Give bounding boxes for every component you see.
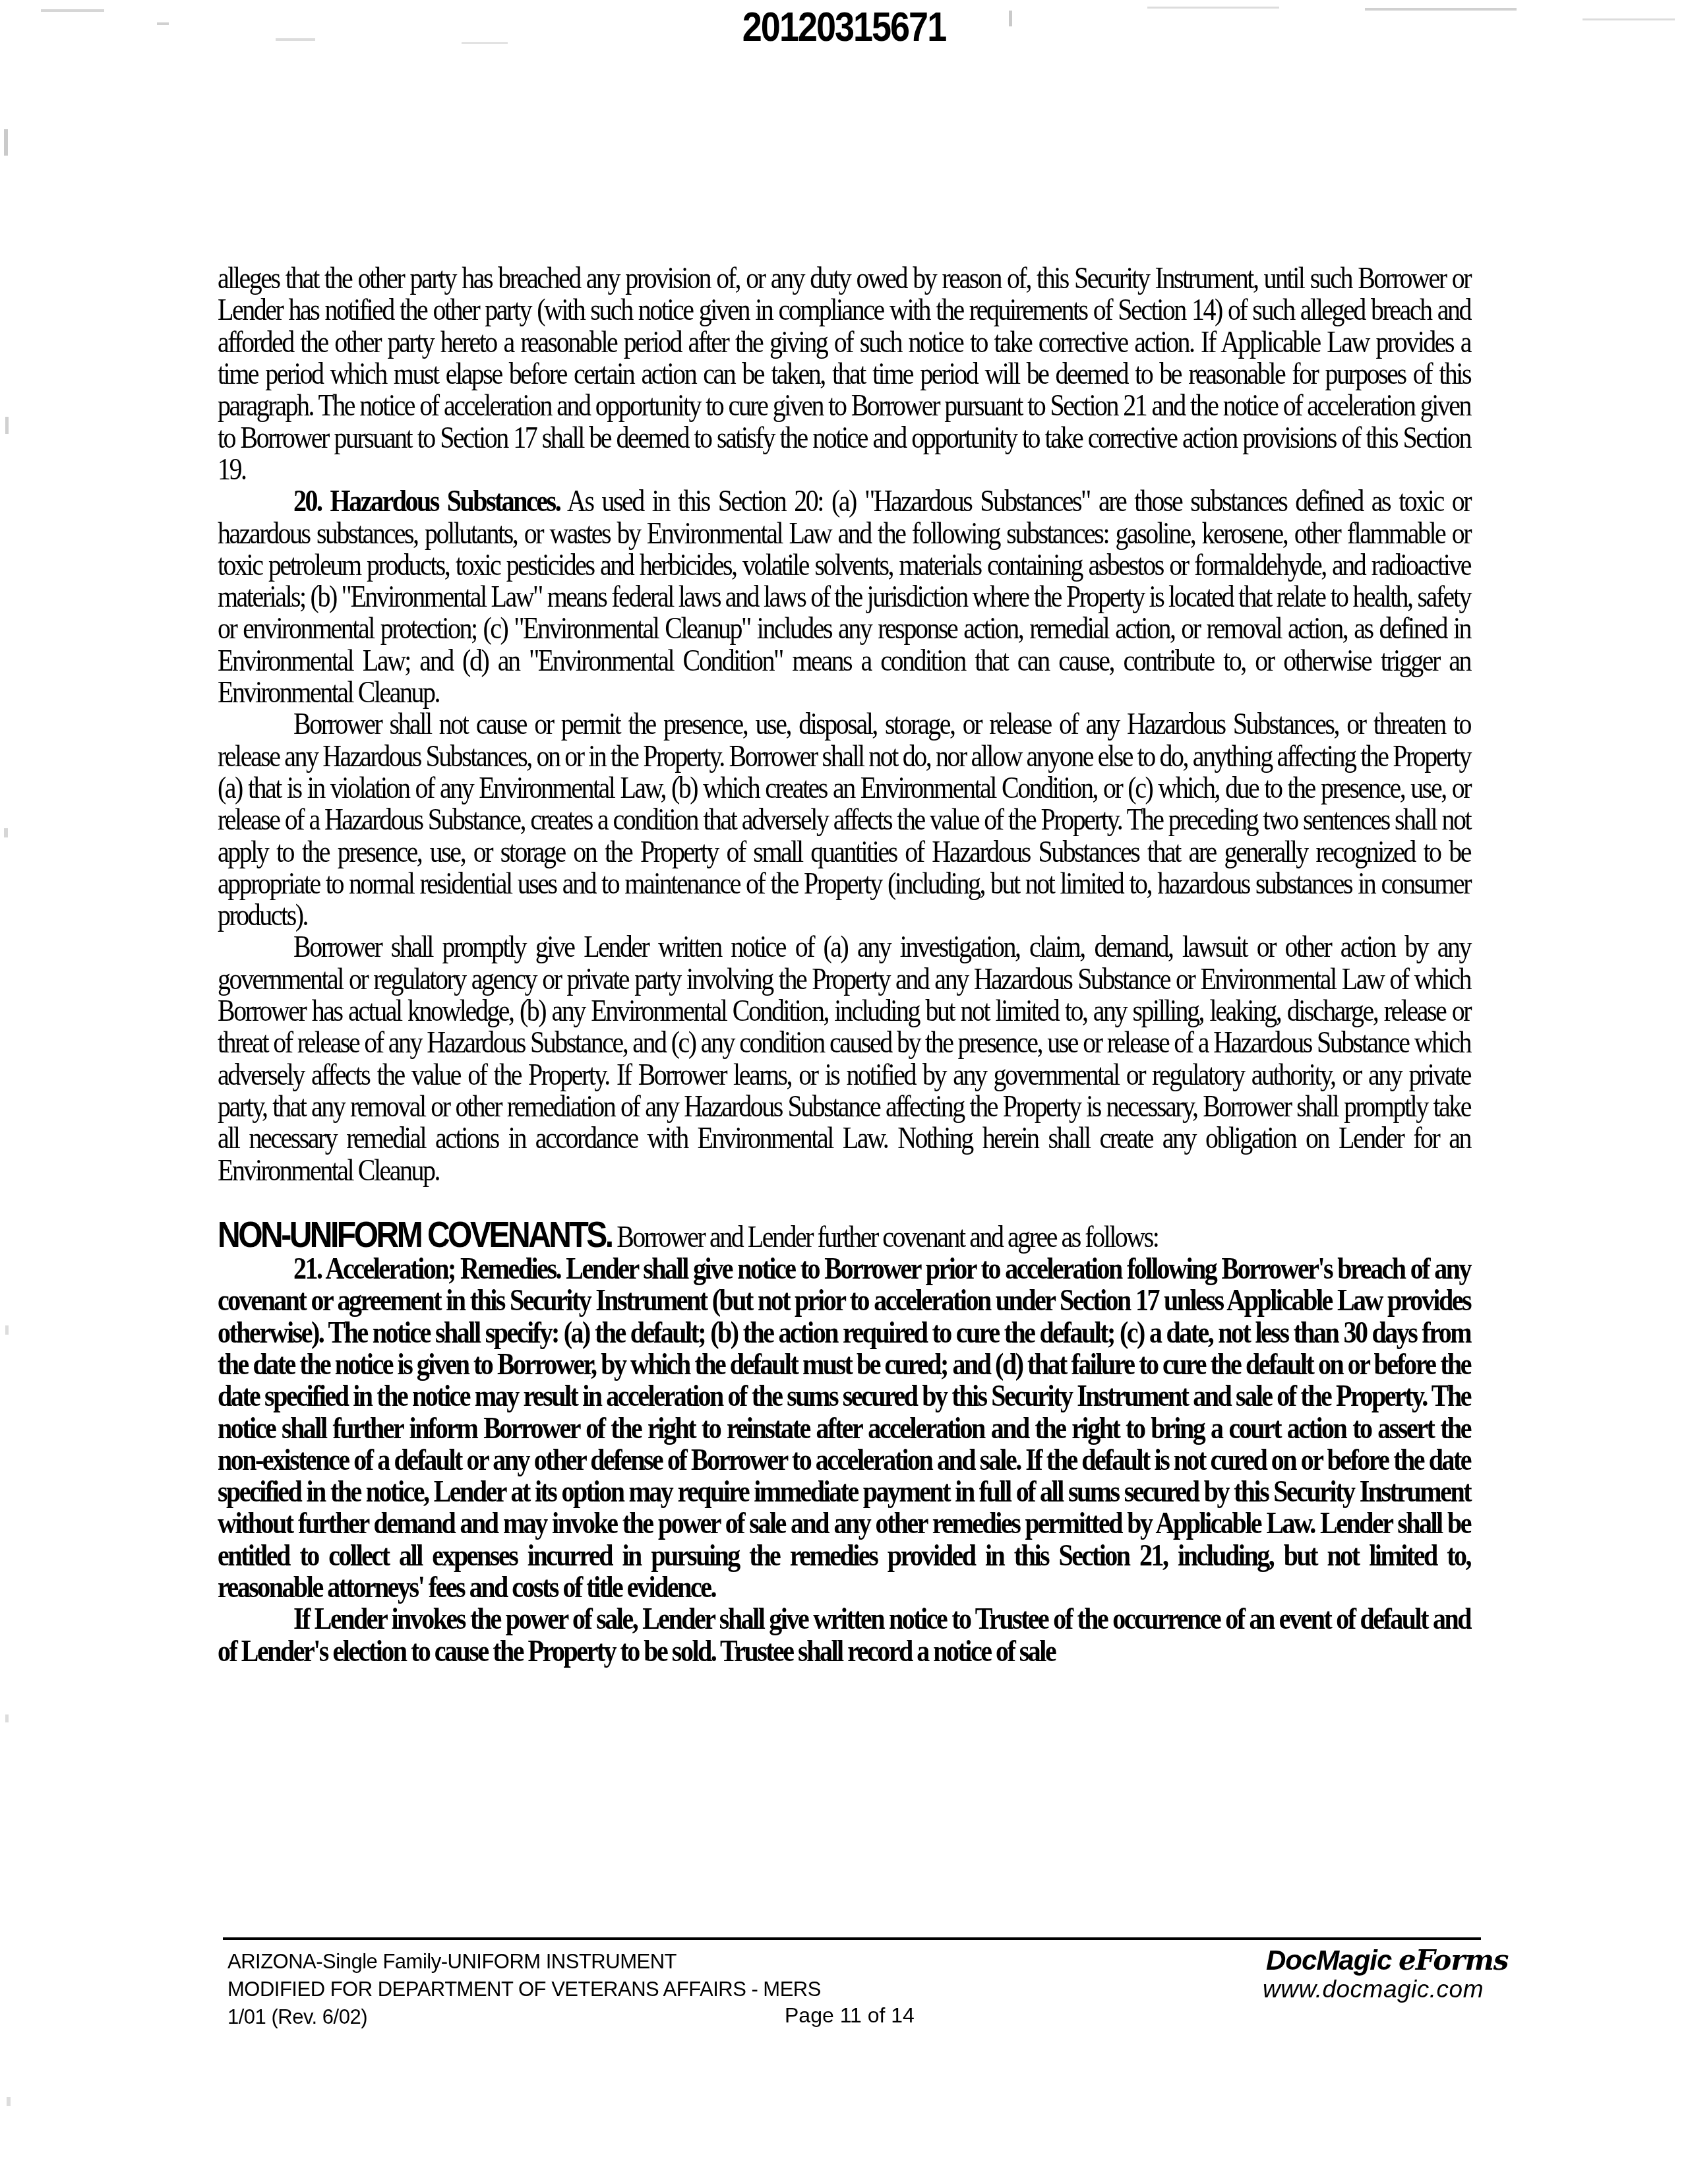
recording-number: 20120315671	[646, 4, 1042, 51]
scan-artifact	[5, 1325, 9, 1335]
scan-artifact	[41, 9, 104, 12]
scan-artifact	[462, 42, 508, 44]
scan-artifact	[276, 38, 315, 41]
scan-artifact	[7, 2097, 11, 2106]
docmagic-logo-eforms: eForms	[1399, 1944, 1508, 1976]
footer-divider	[223, 1937, 1481, 1940]
paragraph-power-of-sale: If Lender invokes the power of sale, Len…	[218, 1603, 1470, 1667]
paragraph-section19-continuation: alleges that the other party has breache…	[218, 262, 1470, 485]
footer-form-revision: 1/01 (Rev. 6/02)	[227, 2003, 821, 2031]
scan-artifact	[157, 22, 169, 25]
footer-form-line2: MODIFIED FOR DEPARTMENT OF VETERANS AFFA…	[227, 1976, 821, 2003]
footer-form-line1: ARIZONA-Single Family-UNIFORM INSTRUMENT	[227, 1948, 821, 1976]
docmagic-url: www.docmagic.com	[1256, 1976, 1484, 2003]
paragraph-hazardous-notice: Borrower shall promptly give Lender writ…	[218, 931, 1470, 1186]
document-body: alleges that the other party has breache…	[218, 262, 1470, 1667]
page-number: Page 11 of 14	[785, 2003, 915, 2028]
footer-form-identification: ARIZONA-Single Family-UNIFORM INSTRUMENT…	[227, 1948, 821, 2031]
section-20-text: As used in this Section 20: (a) "Hazardo…	[218, 484, 1470, 710]
paragraph-section20: 20. Hazardous Substances. As used in thi…	[218, 485, 1470, 708]
scan-artifact	[4, 828, 8, 837]
paragraph-section21: 21. Acceleration; Remedies. Lender shall…	[218, 1253, 1470, 1603]
scan-artifact	[1147, 7, 1279, 9]
section-21-heading: 21. Acceleration; Remedies.	[293, 1252, 560, 1286]
scan-artifact	[1009, 11, 1012, 26]
docmagic-logo-name: DocMagic	[1266, 1945, 1399, 1976]
scan-artifact	[1582, 18, 1675, 20]
section-20-heading: 20. Hazardous Substances.	[293, 484, 560, 518]
scan-artifact	[5, 1714, 9, 1722]
scan-artifact	[1365, 8, 1517, 11]
scan-artifact	[4, 129, 8, 156]
non-uniform-covenants-text: Borrower and Lender further covenant and…	[612, 1219, 1159, 1254]
non-uniform-covenants-heading: NON-UNIFORM COVENANTS.	[218, 1215, 612, 1255]
scan-artifact	[5, 417, 9, 434]
docmagic-logo: DocMagic eForms	[1266, 1944, 1484, 1976]
non-uniform-covenants-line: NON-UNIFORM COVENANTS. Borrower and Lend…	[218, 1219, 1470, 1253]
section-21-text: Lender shall give notice to Borrower pri…	[218, 1252, 1470, 1604]
paragraph-hazardous-use: Borrower shall not cause or permit the p…	[218, 708, 1470, 931]
